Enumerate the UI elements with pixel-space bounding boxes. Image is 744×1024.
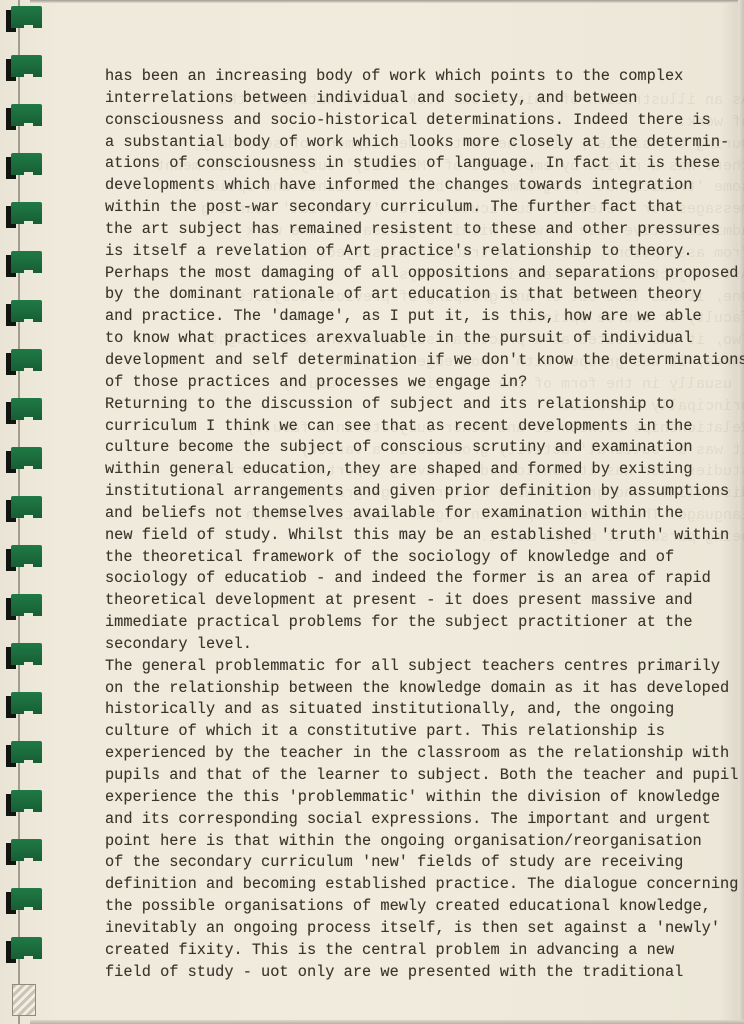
page-bottom-edge (30, 1020, 744, 1024)
binding-ring (6, 839, 40, 863)
binding-ring (6, 6, 40, 30)
text-line: Returning to the discussion of subject a… (105, 394, 744, 416)
binding-ring (6, 741, 40, 765)
text-line: the art subject has remained resistent t… (105, 219, 744, 241)
text-line: within the post-war secondary curriculum… (105, 197, 744, 219)
text-line: and its corresponding social expressions… (105, 809, 744, 831)
binding-ring (6, 692, 40, 716)
text-line: historically and as situated institution… (105, 699, 744, 721)
text-line: developments which have informed the cha… (105, 175, 744, 197)
text-line: immediate practical problems for the sub… (105, 612, 744, 634)
text-line: culture become the subject of conscious … (105, 437, 744, 459)
text-line: experience the this 'problemmatic' withi… (105, 787, 744, 809)
text-line: and practice. The 'damage', as I put it,… (105, 306, 744, 328)
binding-ring (6, 447, 40, 471)
document-page: As an illustration of this we can look a… (0, 0, 744, 1024)
page-top-edge (30, 0, 744, 3)
text-line: theoretical development at present - it … (105, 590, 744, 612)
text-line: consciousness and socio-historical deter… (105, 110, 744, 132)
typewritten-body-text: has been an increasing body of work whic… (105, 66, 744, 983)
text-line: secondary level. (105, 634, 744, 656)
binding-ring (6, 790, 40, 814)
text-line: on the relationship between the knowledg… (105, 678, 744, 700)
binding-ring (6, 251, 40, 275)
text-line: is itself a revelation of Art practice's… (105, 241, 744, 263)
text-line: sociology of educatiob - and indeed the … (105, 568, 744, 590)
binding-ring (6, 300, 40, 324)
text-line: interrelations between individual and so… (105, 88, 744, 110)
text-line: and beliefs not themselves available for… (105, 503, 744, 525)
text-line: inevitably an ongoing process itself, is… (105, 918, 744, 940)
text-line: new field of study. Whilst this may be a… (105, 525, 744, 547)
text-line: development and self determination if we… (105, 350, 744, 372)
binding-ring (6, 398, 40, 422)
text-line: to know what practices arexvaluable in t… (105, 328, 744, 350)
text-line: institutional arrangements and given pri… (105, 481, 744, 503)
text-line: by the dominant rationale of art educati… (105, 284, 744, 306)
binding-ring (6, 643, 40, 667)
binding-ring (6, 55, 40, 79)
text-line: experienced by the teacher in the classr… (105, 743, 744, 765)
text-line: created fixity. This is the central prob… (105, 940, 744, 962)
text-line: The general problemmatic for all subject… (105, 656, 744, 678)
text-line: point here is that within the ongoing or… (105, 831, 744, 853)
text-line: a substantial body of work which looks m… (105, 132, 744, 154)
binding-ring (6, 888, 40, 912)
binding-ring (6, 937, 40, 961)
binding-ring (6, 594, 40, 618)
text-line: curriculum I think we can see that as re… (105, 416, 744, 438)
text-line: the possible organisations of mewly crea… (105, 896, 744, 918)
text-line: of the secondary curriculum 'new' fields… (105, 852, 744, 874)
text-line: field of study - uot only are we present… (105, 962, 744, 984)
text-line: definition and becoming established prac… (105, 874, 744, 896)
text-line: of those practices and processes we enga… (105, 372, 744, 394)
comb-binding (0, 0, 45, 1024)
text-line: Perhaps the most damaging of all opposit… (105, 263, 744, 285)
binding-ring (6, 545, 40, 569)
text-line: the theoretical framework of the sociolo… (105, 547, 744, 569)
text-line: within general education, they are shape… (105, 459, 744, 481)
binding-ring (6, 153, 40, 177)
binding-ring (6, 202, 40, 226)
binding-ring (6, 104, 40, 128)
text-line: has been an increasing body of work whic… (105, 66, 744, 88)
text-line: ations of consciousness in studies of la… (105, 153, 744, 175)
text-line: culture of which it a constitutive part.… (105, 721, 744, 743)
page-corner-tab (12, 984, 36, 1016)
text-line: pupils and that of the learner to subjec… (105, 765, 744, 787)
binding-ring (6, 349, 40, 373)
binding-ring (6, 496, 40, 520)
